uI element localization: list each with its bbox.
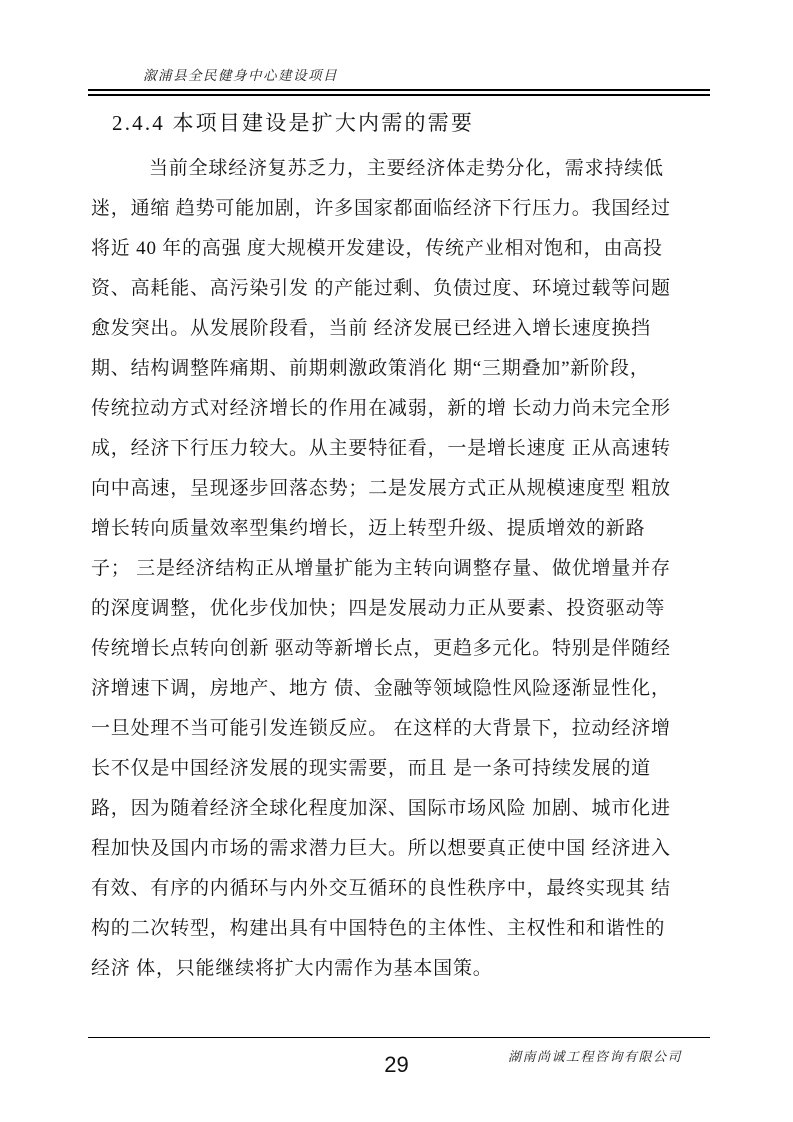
body-line: 程加快及国内市场的需求潜力巨大。所以想要真正使中国 经济进入 — [91, 829, 697, 869]
header-double-rule — [88, 89, 710, 96]
body-line: 成，经济下行压力较大。从主要特征看，一是增长速度 正从高速转 — [91, 429, 697, 469]
footer-rule — [88, 1037, 710, 1038]
body-line: 有效、有序的内循环与内外交互循环的良性秩序中，最终实现其 结 — [91, 869, 697, 909]
body-line: 迷，通缩 趋势可能加剧，许多国家都面临经济下行压力。我国经过 — [91, 189, 697, 229]
body-line: 的深度调整，优化步伐加快；四是发展动力正从要素、投资驱动等 — [91, 589, 697, 629]
body-line: 一旦处理不当可能引发连锁反应。 在这样的大背景下，拉动经济增 — [91, 709, 697, 749]
body-line: 将近 40 年的高强 度大规模开发建设，传统产业相对饱和，由高投 — [91, 229, 697, 269]
paragraph: 当前全球经济复苏乏力，主要经济体走势分化，需求持续低 迷，通缩 趋势可能加剧，许… — [91, 149, 697, 989]
section-heading: 2.4.4 本项目建设是扩大内需的需要 — [112, 107, 474, 137]
body-line: 传统拉动方式对经济增长的作用在减弱，新的增 长动力尚未完全形 — [91, 389, 697, 429]
body-line: 向中高速，呈现逐步回落态势；二是发展方式正从规模速度型 粗放 — [91, 469, 697, 509]
body-line: 子； 三是经济结构正从增量扩能为主转向调整存量、做优增量并存 — [91, 549, 697, 589]
body-line: 愈发突出。从发展阶段看，当前 经济发展已经进入增长速度换挡 — [91, 309, 697, 349]
body-line: 增长转向质量效率型集约增长，迈上转型升级、提质增效的新路 — [91, 509, 697, 549]
page-number: 29 — [0, 1052, 793, 1078]
body-line: 济增速下调，房地产、地方 债、金融等领域隐性风险逐渐显性化， — [91, 669, 697, 709]
body-line: 路，因为随着经济全球化程度加深、国际市场风险 加剧、城市化进 — [91, 789, 697, 829]
body-line: 构的二次转型，构建出具有中国特色的主体性、主权性和和谐性的 — [91, 909, 697, 949]
body-line: 经济 体，只能继续将扩大内需作为基本国策。 — [91, 949, 697, 989]
body-line: 期、结构调整阵痛期、前期刺激政策消化 期“三期叠加”新阶段， — [91, 349, 697, 389]
document-page: 溆浦县全民健身中心建设项目 2.4.4 本项目建设是扩大内需的需要 当前全球经济… — [0, 0, 793, 1122]
body-line: 当前全球经济复苏乏力，主要经济体走势分化，需求持续低 — [91, 149, 697, 189]
body-line: 长不仅是中国经济发展的现实需要，而且 是一条可持续发展的道 — [91, 749, 697, 789]
header-project-title: 溆浦县全民健身中心建设项目 — [143, 64, 338, 84]
body-line: 传统增长点转向创新 驱动等新增长点，更趋多元化。特别是伴随经 — [91, 629, 697, 669]
body-line: 资、高耗能、高污染引发 的产能过剩、负债过度、环境过载等问题 — [91, 269, 697, 309]
